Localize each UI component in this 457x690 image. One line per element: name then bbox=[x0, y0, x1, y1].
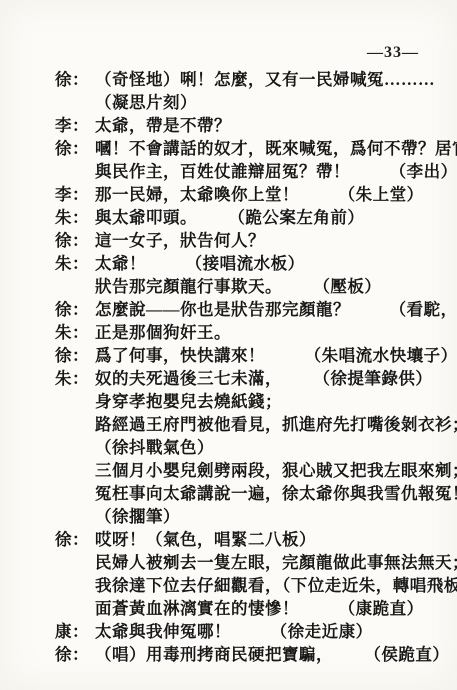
script-line: 冤枉事向太爺講說一遍，徐太爺你與我雪仇報冤！ bbox=[0, 482, 449, 505]
speaker-label: 徐： bbox=[55, 528, 95, 551]
dialogue-text: （凝思片刻） bbox=[95, 93, 197, 112]
stage-direction: （徐走近康） bbox=[271, 622, 373, 641]
dialogue-text: 爲了何事，快快講來！ bbox=[95, 346, 265, 365]
script-lines: 徐：（奇怪地）唎！怎麼，又有一民婦喊冤………（凝思片刻）李：太爺，帶是不帶？徐：… bbox=[0, 68, 449, 666]
script-page: —33— 徐：（奇怪地）唎！怎麼，又有一民婦喊冤………（凝思片刻）李：太爺，帶是… bbox=[0, 0, 457, 690]
speaker-label: 李： bbox=[55, 183, 95, 206]
script-line: 徐：（唱）用毒刑拷商民硬把寶騙，（侯跪直） bbox=[0, 643, 449, 666]
stage-direction: （徐提筆錄供） bbox=[322, 369, 433, 388]
dialogue-text: 這一女子，狀告何人？ bbox=[95, 231, 265, 250]
script-line: 與民作主，百姓仗誰辯屈冤？帶！（李出） bbox=[0, 160, 449, 183]
speaker-label: 徐： bbox=[55, 229, 95, 252]
speaker-label: 徐： bbox=[55, 344, 95, 367]
dialogue-text: （奇怪地）唎！怎麼，又有一民婦喊冤……… bbox=[95, 70, 435, 89]
script-line: 朱：太爺！（接唱流水板） bbox=[0, 252, 305, 275]
script-line: 面蒼黃血淋漓實在的悽慘！（康跪直） bbox=[0, 597, 449, 620]
speaker-label: 李： bbox=[55, 114, 95, 137]
speaker-label: 朱： bbox=[55, 321, 95, 344]
script-line: 朱：與太爺叩頭。（跪公案左角前） bbox=[0, 206, 364, 229]
script-line: （徐抖戰氣色） bbox=[0, 436, 449, 459]
script-line: 康：太爺與我伸冤哪！（徐走近康） bbox=[0, 620, 373, 643]
script-line: 徐：爲了何事，快快講來！（朱唱流水快壤子） bbox=[0, 344, 457, 367]
script-line: 徐：哎呀！（氣色，唱緊二八板） bbox=[0, 528, 316, 551]
script-line: 朱：奴的夫死過後三七未滿，（徐提筆錄供） bbox=[0, 367, 432, 390]
dialogue-text: 正是那個狗奸王。 bbox=[95, 323, 231, 342]
dialogue-text: 狀告那完顏龍行事欺天。 bbox=[95, 277, 282, 296]
dialogue-text: 嘓！不會講話的奴才，既來喊冤，爲何不帶？居官不 bbox=[95, 139, 457, 158]
speaker-label: 徐： bbox=[55, 643, 95, 666]
script-line: 狀告那完顏龍行事欺天。（壓板） bbox=[0, 275, 449, 298]
stage-direction: （看駝，仍傲） bbox=[390, 300, 457, 319]
dialogue-text: 哎呀！（氣色，唱緊二八板） bbox=[95, 530, 316, 549]
stage-direction: （康跪直） bbox=[339, 599, 424, 618]
stage-direction: （接唱流水板） bbox=[186, 254, 305, 273]
script-line: 身穿孝抱嬰兒去燒紙錢； bbox=[0, 390, 449, 413]
stage-direction: （朱上堂） bbox=[339, 185, 424, 204]
script-line: 徐：這一女子，狀告何人？ bbox=[0, 229, 265, 252]
script-line: 徐：（奇怪地）唎！怎麼，又有一民婦喊冤……… bbox=[0, 68, 435, 91]
dialogue-text: （唱）用毒刑拷商民硬把寶騙， bbox=[95, 645, 333, 664]
stage-direction: （侯跪直） bbox=[373, 645, 450, 664]
script-line: 徐：嘓！不會講話的奴才，既來喊冤，爲何不帶？居官不 bbox=[0, 137, 457, 160]
script-line: 李：太爺，帶是不帶？ bbox=[0, 114, 231, 137]
speaker-label: 朱： bbox=[55, 206, 95, 229]
dialogue-text: 面蒼黃血淋漓實在的悽慘！ bbox=[95, 599, 299, 618]
speaker-label: 朱： bbox=[55, 252, 95, 275]
dialogue-text: （徐抖戰氣色） bbox=[95, 438, 214, 457]
stage-direction: （李出） bbox=[390, 162, 457, 181]
dialogue-text: 那一民婦，太爺喚你上堂！ bbox=[95, 185, 299, 204]
speaker-label: 朱： bbox=[55, 367, 95, 390]
speaker-label: 康： bbox=[55, 620, 95, 643]
dialogue-text: （徐擱筆） bbox=[95, 507, 180, 526]
page-number: —33— bbox=[367, 44, 419, 62]
speaker-label: 徐： bbox=[55, 137, 95, 160]
dialogue-text: 路經過王府門被他看見，抓進府先打嘴後剝衣衫； bbox=[95, 415, 457, 434]
dialogue-text: 我徐達下位去仔細觀看，（下位走近朱，轉唱飛板） bbox=[95, 576, 457, 595]
stage-direction: （朱唱流水快壤子） bbox=[305, 346, 457, 365]
script-line: 李：那一民婦，太爺喚你上堂！（朱上堂） bbox=[0, 183, 424, 206]
speaker-label: 徐： bbox=[55, 298, 95, 321]
dialogue-text: 與太爺叩頭。 bbox=[95, 208, 197, 227]
script-line: （凝思片刻） bbox=[0, 91, 449, 114]
speaker-label: 徐： bbox=[55, 68, 95, 91]
stage-direction: （壓板） bbox=[322, 277, 382, 296]
script-line: 朱：正是那個狗奸王。 bbox=[0, 321, 231, 344]
script-line: 民婦人被剜去一隻左眼，完顏龍做此事無法無天； bbox=[0, 551, 449, 574]
dialogue-text: 奴的夫死過後三七未滿， bbox=[95, 369, 282, 388]
dialogue-text: 三個月小嬰兒劍劈兩段，狠心賊又把我左眼來剜； bbox=[95, 461, 457, 480]
dialogue-text: 怎麼說——你也是狀告那完顏龍？ bbox=[95, 300, 350, 319]
dialogue-text: 太爺，帶是不帶？ bbox=[95, 116, 231, 135]
script-line: 三個月小嬰兒劍劈兩段，狠心賊又把我左眼來剜； bbox=[0, 459, 449, 482]
dialogue-text: 身穿孝抱嬰兒去燒紙錢； bbox=[95, 392, 282, 411]
dialogue-text: 冤枉事向太爺講說一遍，徐太爺你與我雪仇報冤！ bbox=[95, 484, 457, 503]
stage-direction: （跪公案左角前） bbox=[237, 208, 365, 227]
script-line: （徐擱筆） bbox=[0, 505, 449, 528]
dialogue-text: 與民作主，百姓仗誰辯屈冤？帶！ bbox=[95, 162, 350, 181]
dialogue-text: 太爺！ bbox=[95, 254, 146, 273]
script-line: 路經過王府門被他看見，抓進府先打嘴後剝衣衫； bbox=[0, 413, 449, 436]
dialogue-text: 民婦人被剜去一隻左眼，完顏龍做此事無法無天； bbox=[95, 553, 457, 572]
dialogue-text: 太爺與我伸冤哪！ bbox=[95, 622, 231, 641]
script-line: 徐：怎麼說——你也是狀告那完顏龍？（看駝，仍傲） bbox=[0, 298, 457, 321]
script-line: 我徐達下位去仔細觀看，（下位走近朱，轉唱飛板） bbox=[0, 574, 449, 597]
